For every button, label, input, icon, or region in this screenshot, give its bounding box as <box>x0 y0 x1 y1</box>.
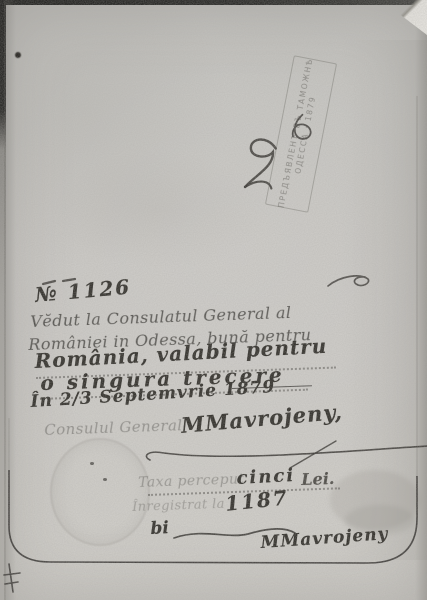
corner-pen-mark-icon <box>2 562 24 596</box>
page-frame <box>0 0 427 600</box>
passport-visa-page-scan: ПРЕДЪЯВЛЕНЪ ВЪ ТАМОЖНѢ ОДЕССА · 1879 № 1… <box>0 0 427 600</box>
